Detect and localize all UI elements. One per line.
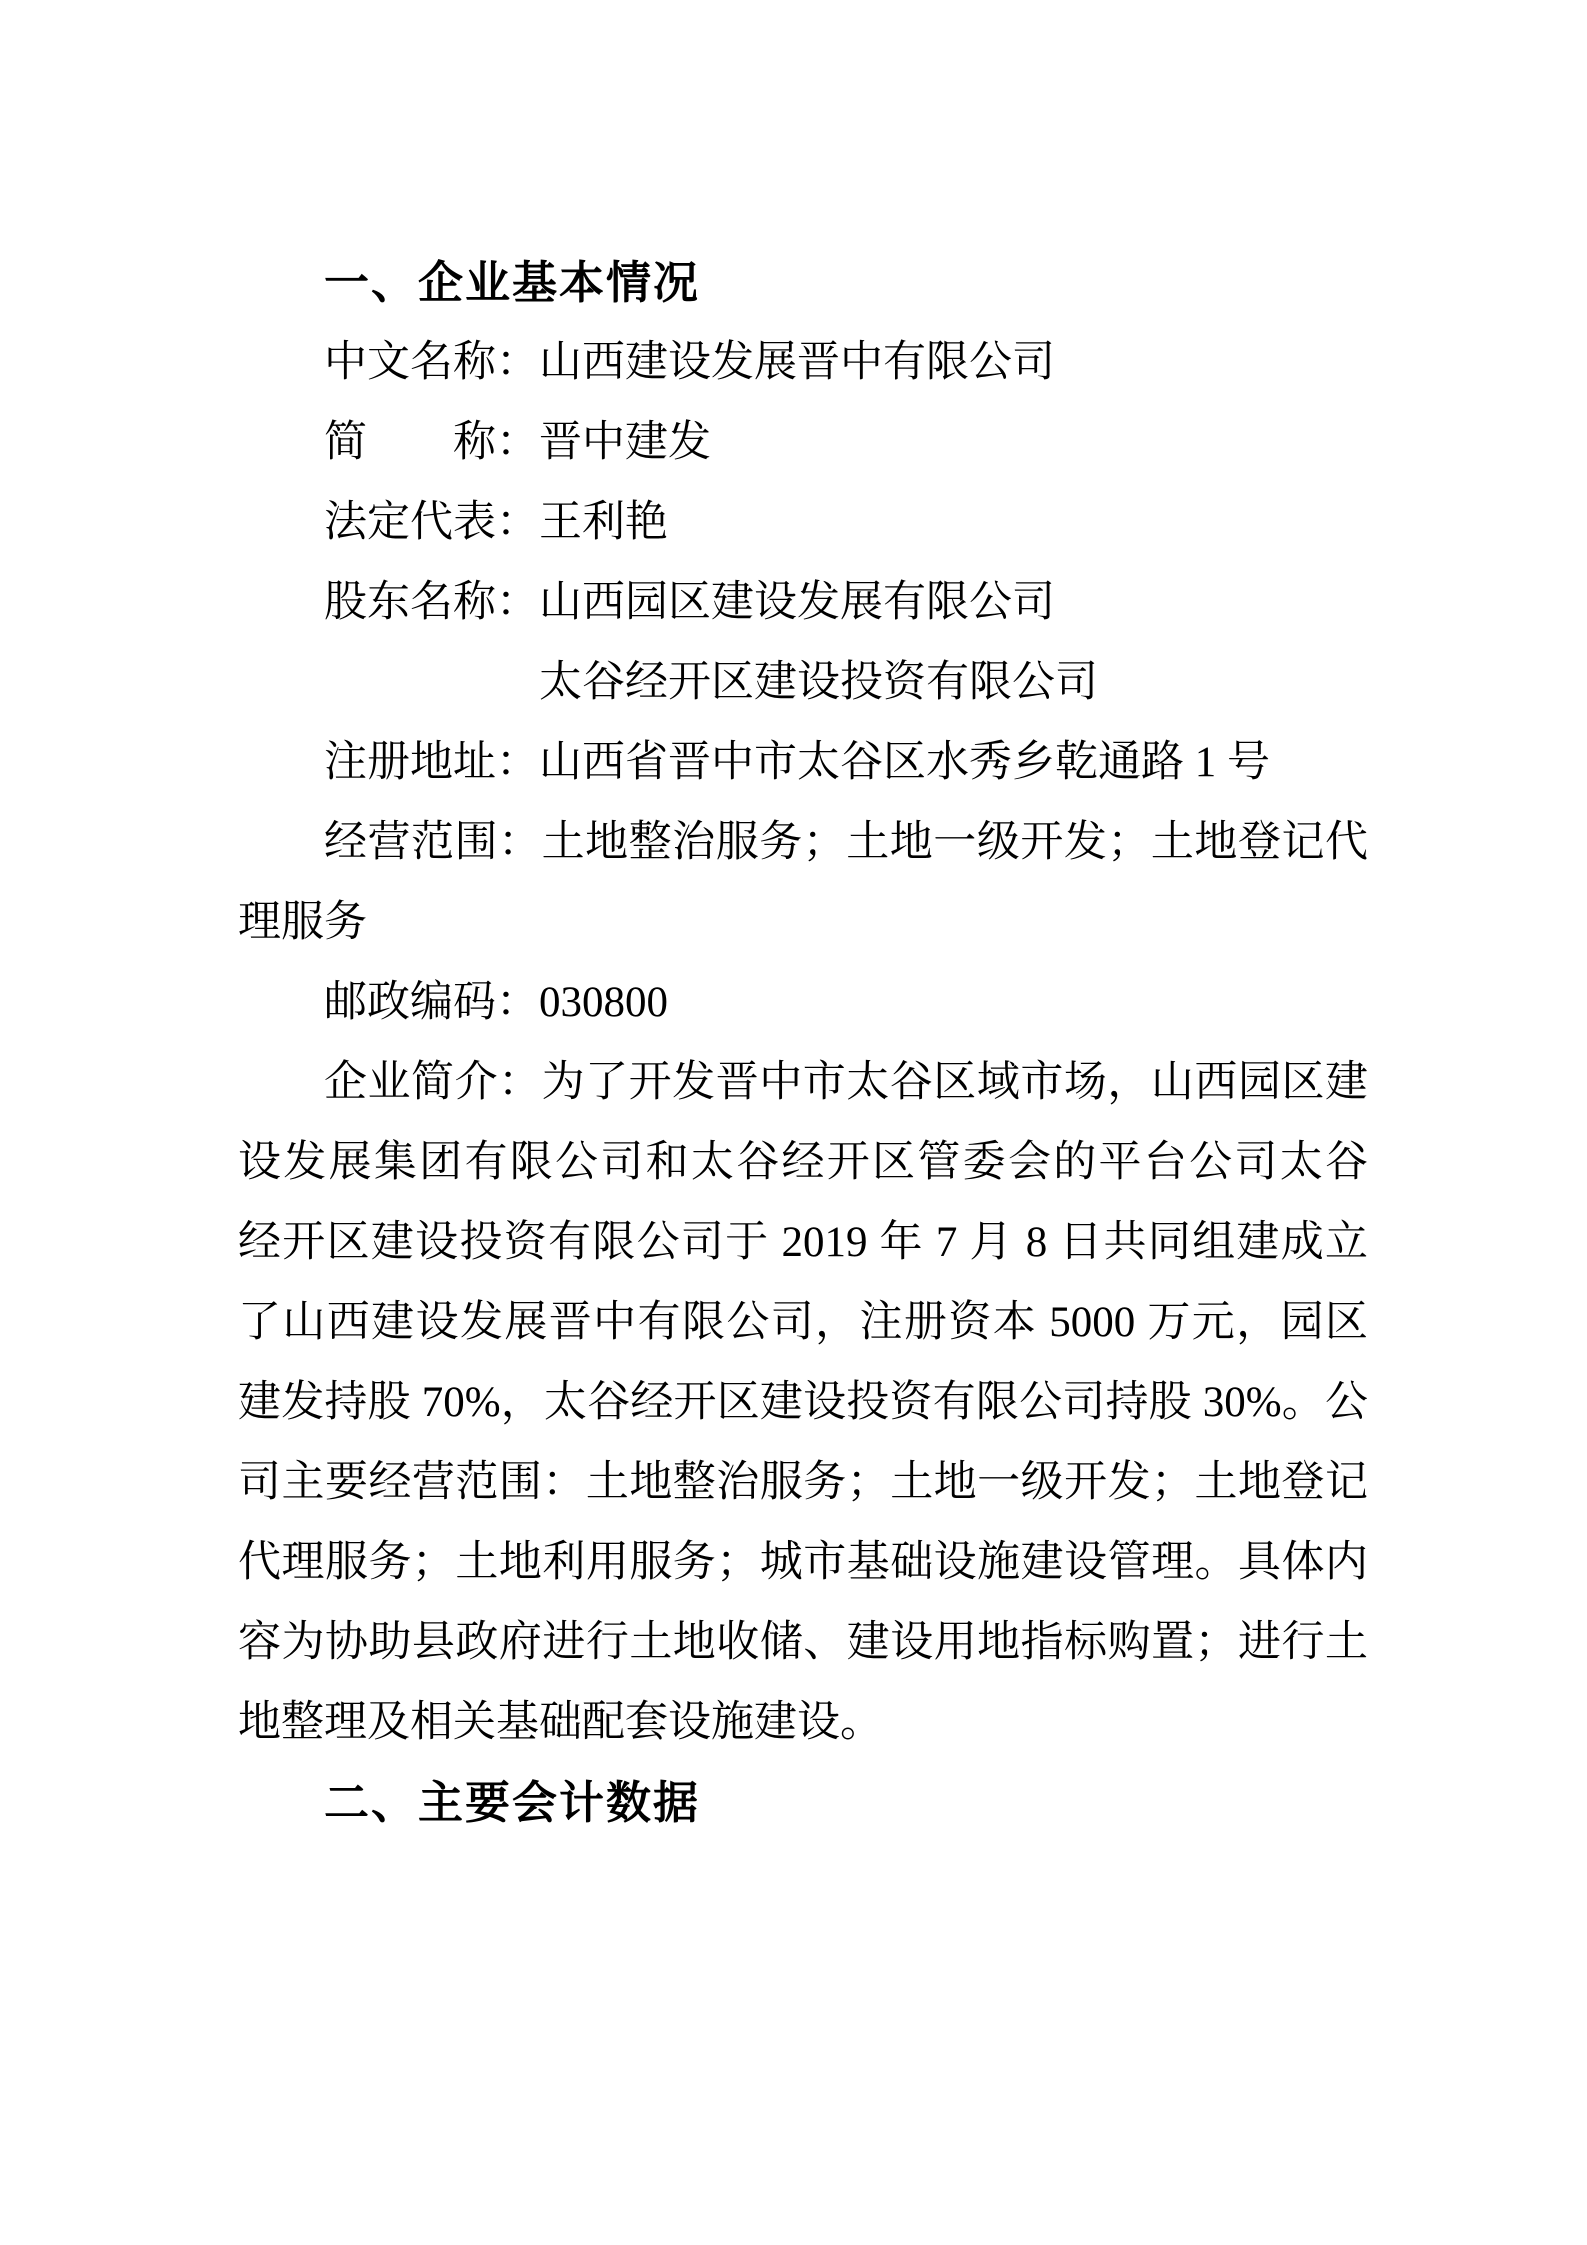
- short-name-label: 简 称：: [324, 419, 539, 466]
- company-profile-line-4: 了山西建设发展晋中有限公司，注册资本 5000 万元，园区: [238, 1283, 1368, 1363]
- field-business-scope: 经营范围：土地整治服务；土地一级开发；土地登记代: [238, 803, 1368, 883]
- shareholder-1-value: 山西园区建设发展有限公司: [539, 579, 1055, 626]
- field-legal-representative: 法定代表：王利艳: [238, 483, 1368, 563]
- company-profile-line-7: 代理服务；土地利用服务；城市基础设施建设管理。具体内: [238, 1523, 1368, 1603]
- field-postal-code: 邮政编码：030800: [238, 963, 1368, 1043]
- shareholder-2-line: 太谷经开区建设投资有限公司: [238, 643, 1368, 723]
- business-scope-line-1: 土地整治服务；土地一级开发；土地登记代: [542, 819, 1368, 866]
- business-scope-label: 经营范围：: [324, 819, 542, 866]
- field-registered-address: 注册地址：山西省晋中市太谷区水秀乡乾通路 1 号: [238, 723, 1368, 803]
- shareholders-label: 股东名称：: [324, 579, 539, 626]
- field-shareholders: 股东名称：山西园区建设发展有限公司: [238, 563, 1368, 643]
- field-chinese-name: 中文名称：山西建设发展晋中有限公司: [238, 323, 1368, 403]
- company-profile-line-6: 司主要经营范围：土地整治服务；土地一级开发；土地登记: [238, 1443, 1368, 1523]
- company-profile-line-8: 容为协助县政府进行土地收储、建设用地指标购置；进行土: [238, 1603, 1368, 1683]
- company-profile-line-1: 企业简介：为了开发晋中市太谷区域市场，山西园区建: [238, 1043, 1368, 1123]
- chinese-name-value: 山西建设发展晋中有限公司: [539, 339, 1055, 386]
- document-page: 一、企业基本情况 中文名称：山西建设发展晋中有限公司 简 称：晋中建发 法定代表…: [0, 0, 1587, 2245]
- chinese-name-label: 中文名称：: [324, 339, 539, 386]
- section-1-heading: 一、企业基本情况: [238, 243, 1368, 323]
- shareholder-2-value: 太谷经开区建设投资有限公司: [539, 659, 1098, 706]
- address-label: 注册地址：: [324, 739, 539, 786]
- business-scope-line-2: 理服务: [238, 883, 1368, 963]
- document-body: 一、企业基本情况 中文名称：山西建设发展晋中有限公司 简 称：晋中建发 法定代表…: [238, 243, 1368, 1843]
- legal-rep-value: 王利艳: [539, 499, 668, 546]
- company-profile-line-5: 建发持股 70%，太谷经开区建设投资有限公司持股 30%。公: [238, 1363, 1368, 1443]
- company-profile-line-2: 设发展集团有限公司和太谷经开区管委会的平台公司太谷: [238, 1123, 1368, 1203]
- company-profile-line-9: 地整理及相关基础配套设施建设。: [238, 1683, 1368, 1763]
- short-name-value: 晋中建发: [539, 419, 711, 466]
- field-short-name: 简 称：晋中建发: [238, 403, 1368, 483]
- section-2-heading: 二、主要会计数据: [238, 1763, 1368, 1843]
- profile-text-1: 为了开发晋中市太谷区域市场，山西园区建: [542, 1059, 1368, 1106]
- address-value: 山西省晋中市太谷区水秀乡乾通路 1 号: [539, 739, 1270, 786]
- company-profile-line-3: 经开区建设投资有限公司于 2019 年 7 月 8 日共同组建成立: [238, 1203, 1368, 1283]
- profile-label: 企业简介：: [324, 1059, 542, 1106]
- postal-code-label: 邮政编码：: [324, 979, 539, 1026]
- postal-code-value: 030800: [539, 979, 668, 1026]
- business-scope-continuation: 理服务: [238, 899, 367, 946]
- legal-rep-label: 法定代表：: [324, 499, 539, 546]
